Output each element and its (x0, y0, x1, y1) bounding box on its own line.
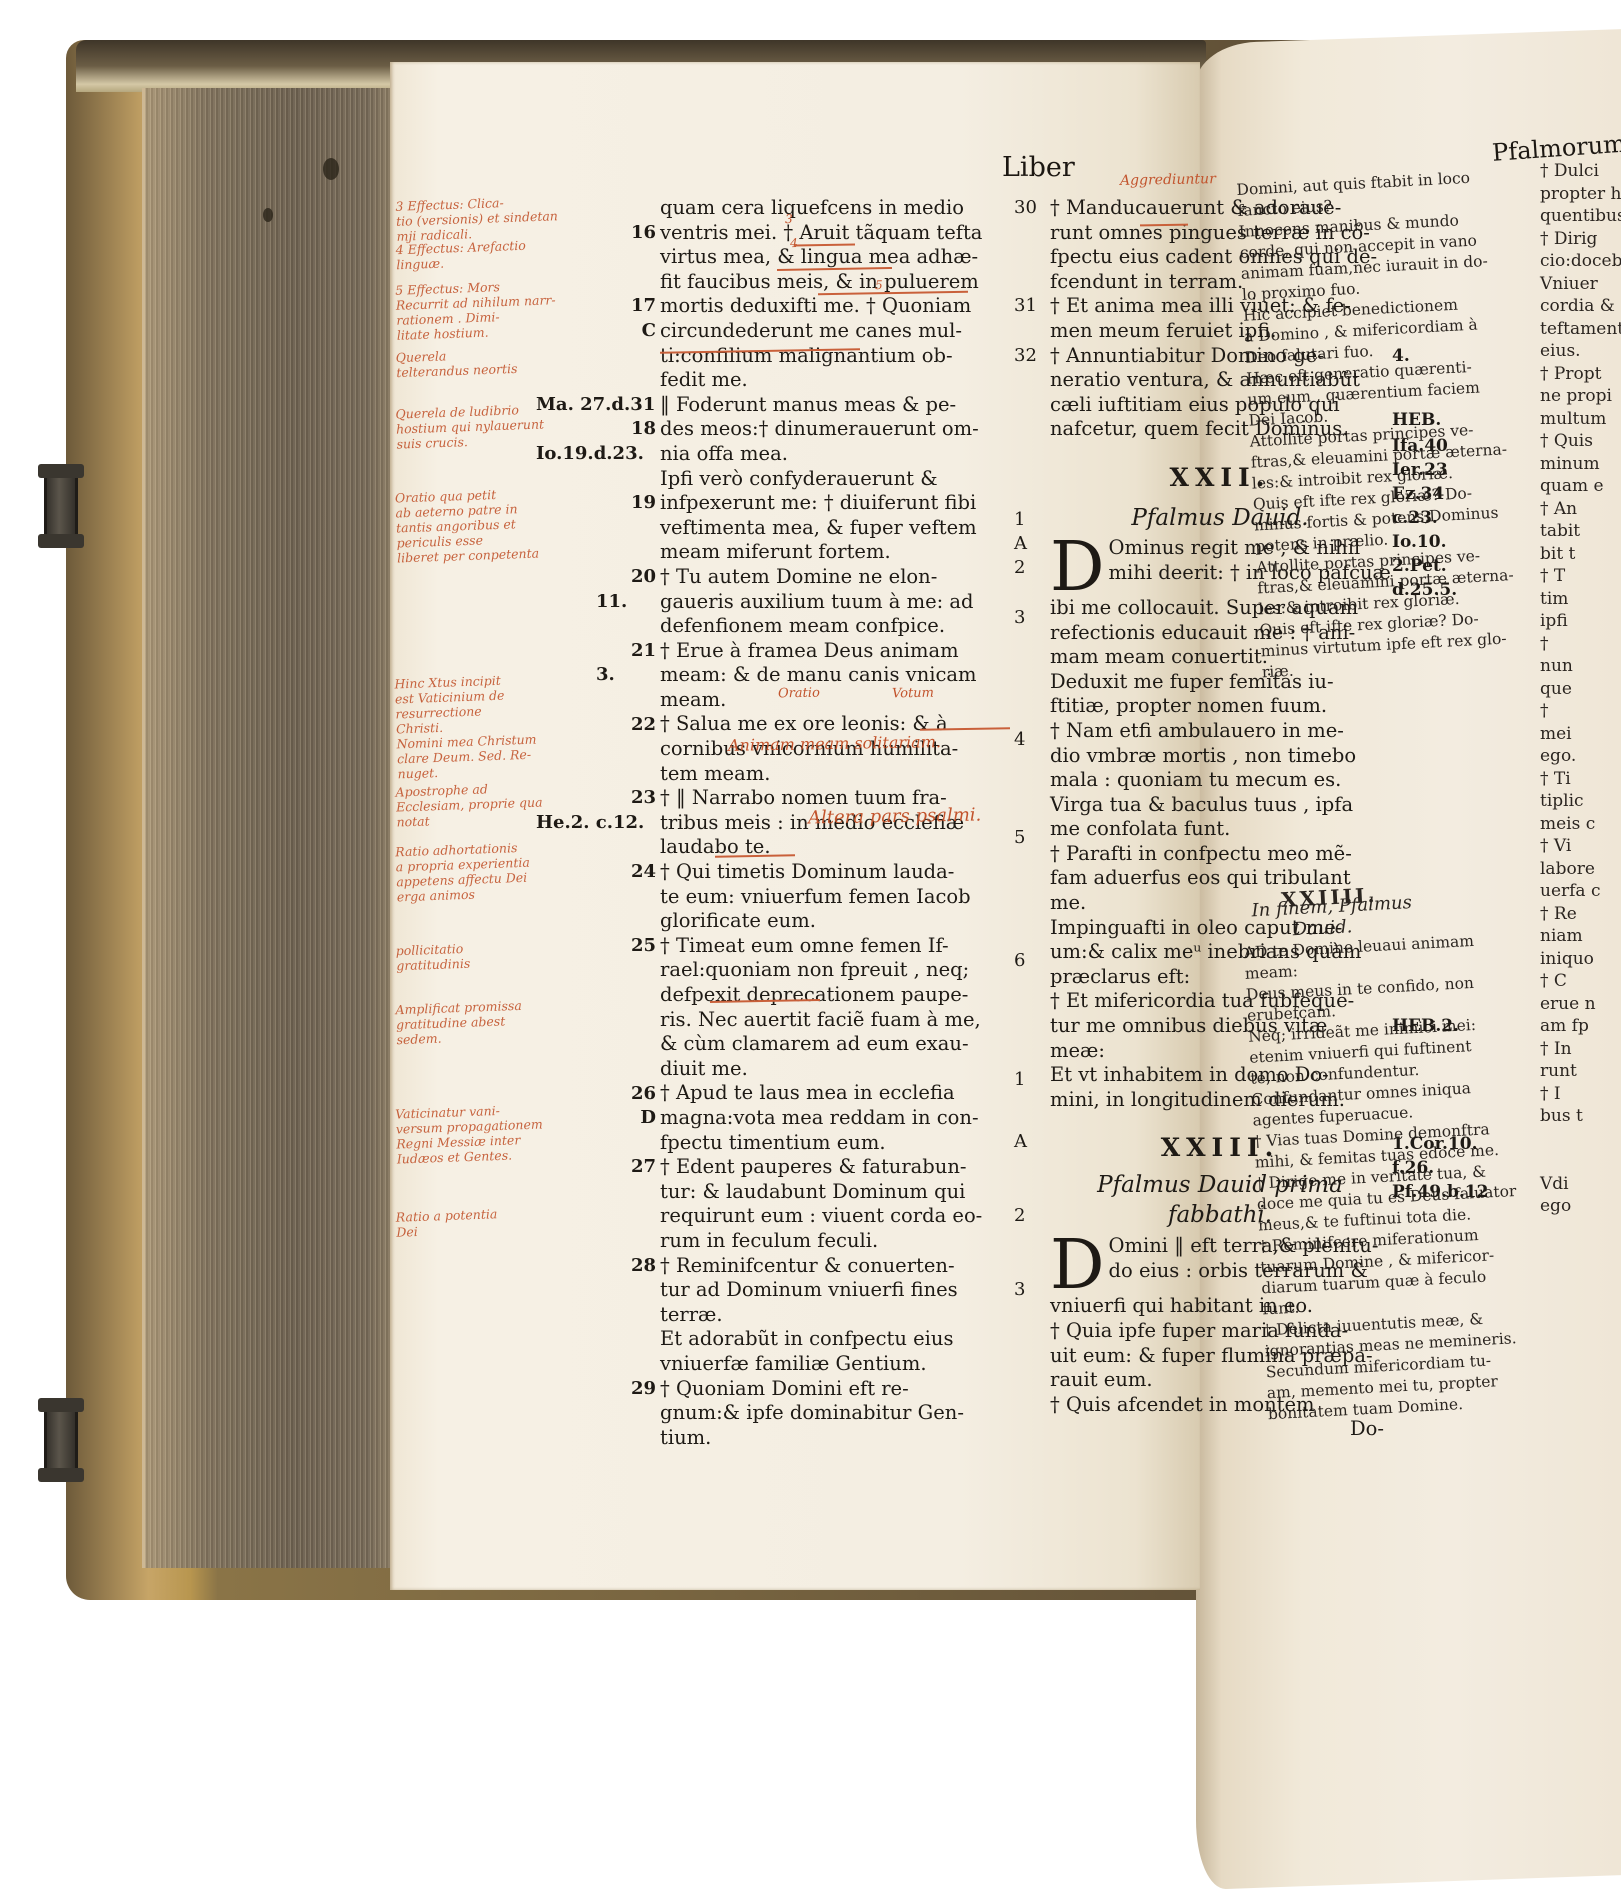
handwritten-annotation: Vaticinatur vani-versum propagationemReg… (395, 1101, 544, 1166)
text-line: tur: & laudabunt Dominum qui (660, 1180, 1010, 1205)
text-line: ibi me collocauit. Super aquam (1050, 596, 1390, 621)
text-line: † Dirig (1540, 228, 1621, 251)
catchword: Do- (1050, 1417, 1390, 1442)
text-line: † Manducauerunt & adoraue- (1050, 196, 1390, 221)
text-line: am fp (1540, 1015, 1621, 1038)
text-line: † In (1540, 1038, 1621, 1061)
text-line: quentibus (1540, 205, 1621, 228)
text-line: erue n (1540, 993, 1621, 1016)
handwritten-annotation: Oratio qua petitab aeterno patre intanti… (395, 486, 540, 566)
handwritten-annotation: Amplificat promissagratitudine abestsede… (395, 998, 523, 1047)
verse-number: 16 (631, 221, 656, 246)
text-line: mei (1540, 723, 1621, 746)
text-line: meæ: (1050, 1039, 1390, 1064)
clasp-lower (44, 1400, 78, 1480)
text-line: mam meam conuertit. (1050, 645, 1390, 670)
psalm-23-opening: D Omini ‖ eft terra,& plenitu- do eius :… (1050, 1234, 1390, 1294)
verse-number: 23 (631, 786, 656, 811)
handwritten-annotation: Querela de ludibriohostium qui nylauerun… (395, 401, 545, 451)
annotation-superscript: 3 (785, 212, 793, 226)
text-line: ftitiæ, propter nomen fuum. (1050, 694, 1390, 719)
text-line: † Propt (1540, 363, 1621, 386)
psalm-21-ending: † Manducauerunt & adoraue-runt omnes pin… (1050, 196, 1390, 442)
text-line: nia offa mea. (660, 442, 1010, 467)
verse-number: 18 (631, 417, 656, 442)
annotation-superscript: 5 (875, 278, 883, 292)
handwritten-annotation: 4 Effectus: Arefactiolinguæ. (396, 238, 527, 273)
text-line: teftament (1540, 318, 1621, 341)
text-line: refectionis educauit me : † ani- (1050, 621, 1390, 646)
text-line: men meum feruiet ipfi. (1050, 319, 1390, 344)
psalm-22-body: ibi me collocauit. Super aquamrefectioni… (1050, 596, 1390, 1112)
text-line: um:& calix meᵘ inebrians quàm (1050, 940, 1390, 965)
text-line: labore (1540, 858, 1621, 881)
text-line: † Quoniam Domini eft re- (660, 1377, 1010, 1402)
text-line: iniquo (1540, 948, 1621, 971)
text-line: que (1540, 678, 1621, 701)
text-line: minum (1540, 453, 1621, 476)
text-line: tabit (1540, 520, 1621, 543)
cross-reference: Ma. 27.d.31 (536, 393, 655, 418)
text-line: runt (1540, 1060, 1621, 1083)
text-line: † An (1540, 498, 1621, 521)
text-line: † (1540, 700, 1621, 723)
clasp-upper (44, 466, 78, 546)
verse-number: 20 (631, 565, 656, 590)
text-line: requirunt eum : viuent corda eo- (660, 1204, 1010, 1229)
psalm-22-opening: D Ominus regit me , & nihil mihi deerit:… (1050, 536, 1390, 596)
text-line: tium. (660, 1426, 1010, 1451)
cross-reference: 11. (596, 590, 627, 615)
verse-number: 22 (631, 713, 656, 738)
drop-cap: D (1050, 540, 1105, 596)
text-line: meam. (660, 688, 1010, 713)
psalm-23-title: Pfalmus Dauid prima (1050, 1170, 1390, 1200)
verse-number: 17 (631, 294, 656, 319)
text-line: vniuerfi qui habitant in eo. (1050, 1294, 1390, 1319)
text-line: meam: & de manu canis vnicam (660, 663, 1010, 688)
text-line: fpectu timentium eum. (660, 1131, 1010, 1156)
text-line: me. (1050, 891, 1390, 916)
text-line: neratio ventura, & annuntiabũt (1050, 368, 1390, 393)
verse-number: 28 (631, 1254, 656, 1279)
text-line: Impinguafti in oleo caput me- (1050, 916, 1390, 941)
text-line: † Timeat eum omne femen If- (660, 934, 1010, 959)
text-line: gnum:& ipfe dominabitur Gen- (660, 1401, 1010, 1426)
text-line: uerfa c (1540, 880, 1621, 903)
text-line: ti:confilium malignantium ob- (660, 344, 1010, 369)
psalm-23-number: XXIII. (1050, 1126, 1390, 1170)
text-block-fore-edge (142, 88, 393, 1568)
annotation-superscript: 4 (790, 236, 798, 250)
text-line: † Apud te laus mea in ecclefia (660, 1081, 1010, 1106)
text-line: † (1540, 633, 1621, 656)
text-line: nun (1540, 655, 1621, 678)
text-line: eius. (1540, 340, 1621, 363)
text-line: gaueris auxilium tuum à me: ad (660, 590, 1010, 615)
text-line: terræ. (660, 1303, 1010, 1328)
handwritten-annotation: Apostrophe adEcclesiam, proprie quanotat (395, 779, 543, 829)
text-line: Virga tua & baculus tuus , ipfa (1050, 793, 1390, 818)
verse-number: 25 (631, 934, 656, 959)
text-line: cordia & (1540, 295, 1621, 318)
cross-reference: 3. (596, 663, 615, 688)
text-line: † Qui timetis Dominum lauda- (660, 860, 1010, 885)
text-line: fpectu eius cadent omnes qui de- (1050, 245, 1390, 270)
text-line: tur ad Dominum vniuerfi fines (660, 1278, 1010, 1303)
text-line: cio:doceb (1540, 250, 1621, 273)
drop-cap: D (1050, 1238, 1105, 1294)
text-line: † Quis (1540, 430, 1621, 453)
text-line: † Quia ipfe fuper maria funda- (1050, 1319, 1390, 1344)
text-line: defpexit deprecationem paupe- (660, 983, 1010, 1008)
text-line: magna:vota mea reddam in con- (660, 1106, 1010, 1131)
text-line: propter h (1540, 183, 1621, 206)
ink-stain (323, 158, 339, 180)
text-line: mortis deduxifti me. † Quoniam (660, 294, 1010, 319)
text-line: † Vi (1540, 835, 1621, 858)
verse-number: C (642, 319, 656, 344)
text-line: † Dulci (1540, 160, 1621, 183)
text-line: circundederunt me canes mul- (660, 319, 1010, 344)
text-line: glorificate eum. (660, 909, 1010, 934)
text-line: defenfionem meam confpice. (660, 614, 1010, 639)
annotation-inline: Altera pars psalmi. (808, 804, 982, 828)
text-line: ‖ Foderunt manus meas & pe- (660, 393, 1010, 418)
text-line: Et vt inhabitem in domo Do- (1050, 1063, 1390, 1088)
text-line: ventris mei. † Aruit tãquam tefta (660, 221, 1010, 246)
handwritten-annotation: 3 Effectus: Clica-tio (versionis) et sin… (395, 193, 558, 244)
psalm-22-number: XXII. (1050, 456, 1390, 500)
text-line: † Erue à framea Deus animam (660, 639, 1010, 664)
left-column-2: † Manducauerunt & adoraue-runt omnes pin… (1050, 196, 1390, 1442)
cross-reference: He.2. c.12. (536, 811, 644, 836)
text-line: runt omnes pingues terræ in cõ- (1050, 221, 1390, 246)
text-line: Vniuer (1540, 273, 1621, 296)
text-line: † Quis afcendet in montem (1050, 1393, 1390, 1418)
text-line: quam cera liquefcens in medio (660, 196, 1010, 221)
text-line: † Edent pauperes & faturabun- (660, 1155, 1010, 1180)
text-line: mini, in longitudinem dierum. (1050, 1088, 1390, 1113)
text-line: ris. Nec auertit faciẽ fuam à me, (660, 1008, 1010, 1033)
text-line: ne propi (1540, 385, 1621, 408)
text-line: † C (1540, 970, 1621, 993)
text-line: fam aduerfus eos qui tribulant (1050, 866, 1390, 891)
text-line: fedit me. (660, 368, 1010, 393)
right-page-column-2: † Dulcipropter hquentibus† Dirigcio:doce… (1540, 160, 1621, 1218)
text-line: præclarus eft: (1050, 965, 1390, 990)
text-line: me confolata funt. (1050, 817, 1390, 842)
running-head-left: Liber (1002, 152, 1075, 183)
text-line: Vdi (1540, 1173, 1621, 1196)
verse-number: 26 (631, 1082, 656, 1107)
text-line: † Et anima mea illi viuet: & fe- (1050, 294, 1390, 319)
text-line (1540, 1150, 1621, 1173)
text-line: † Nam etfi ambulauero in me- (1050, 719, 1390, 744)
text-line: des meos:† dinumerauerunt om- (660, 417, 1010, 442)
text-line: † I (1540, 1083, 1621, 1106)
text-line: meis c (1540, 813, 1621, 836)
text-line: rum in feculum feculi. (660, 1229, 1010, 1254)
text-line: tim (1540, 588, 1621, 611)
text-line: infpexerunt me: † diuiferunt fibi (660, 491, 1010, 516)
verse-number: 21 (631, 639, 656, 664)
verse-number: D (640, 1106, 656, 1131)
text-line: Et adorabũt in confpectu eius (660, 1327, 1010, 1352)
text-line: Ipfi verò confyderauerunt & (660, 467, 1010, 492)
handwritten-annotation: Ratio adhortationisa propria experientia… (395, 840, 531, 905)
text-line: quam e (1540, 475, 1621, 498)
text-line: dio vmbræ mortis , non timebo (1050, 744, 1390, 769)
text-line: † T (1540, 565, 1621, 588)
text-line: cæli iuftitiam eius populo qui (1050, 393, 1390, 418)
text-line: multum (1540, 408, 1621, 431)
text-line: ipfi (1540, 610, 1621, 633)
handwritten-annotation: Querelatelterandus neortis (396, 346, 518, 380)
text-line: & cùm clamarem ad eum exau- (660, 1032, 1010, 1057)
verse-number: 19 (631, 491, 656, 516)
text-line: uit eum: & fuper flumina præpa- (1050, 1344, 1390, 1369)
text-line: veftimenta mea, & fuper veftem (660, 516, 1010, 541)
verse-number: 27 (631, 1155, 656, 1180)
text-line: meam miferunt fortem. (660, 540, 1010, 565)
annotation-inline: Aggrediuntur (1120, 171, 1216, 189)
text-line: † Tu autem Domine ne elon- (660, 565, 1010, 590)
text-line: Deduxit me fuper femitas iu- (1050, 670, 1390, 695)
annotation-inline: Votum (892, 686, 934, 702)
text-line: † Parafti in confpectu meo mẽ- (1050, 842, 1390, 867)
text-line: rauit eum. (1050, 1368, 1390, 1393)
text-line: bit t (1540, 543, 1621, 566)
text-line: † Re (1540, 903, 1621, 926)
text-line: niam (1540, 925, 1621, 948)
text-line: virtus mea, & lingua mea adhæ- (660, 245, 1010, 270)
text-line: † Et mifericordia tua fubfeque- (1050, 989, 1390, 1014)
text-line: † Annuntiabitur Domino ge- (1050, 344, 1390, 369)
handwritten-annotation: Hinc Xtus incipitest Vaticinium deresurr… (394, 672, 538, 782)
ink-stain (263, 208, 273, 222)
text-line: rael:quoniam non fpreuit , neq; (660, 958, 1010, 983)
text-line: bus t (1540, 1105, 1621, 1128)
text-line: fcendunt in terram. (1050, 270, 1390, 295)
text-line: tur me omnibus diebus vitæ (1050, 1014, 1390, 1039)
text-line (1540, 1128, 1621, 1151)
psalm-23-body: vniuerfi qui habitant in eo.† Quia ipfe … (1050, 1294, 1390, 1417)
handwritten-annotation: 5 Effectus: MorsRecurrit ad nihilum narr… (395, 277, 557, 343)
text-line: laudabo te. (660, 835, 1010, 860)
handwritten-annotation: pollicitatiogratitudinis (395, 941, 470, 974)
handwritten-annotation: Ratio a potentiaDei (396, 1206, 499, 1240)
cross-reference: Io.19.d.23. (536, 442, 644, 467)
text-line: tem meam. (660, 762, 1010, 787)
text-line: vniuerfæ familiæ Gentium. (660, 1352, 1010, 1377)
text-line: † Reminifcentur & conuerten- (660, 1254, 1010, 1279)
text-line: † Ti (1540, 768, 1621, 791)
text-line: te eum: vniuerfum femen Iacob (660, 885, 1010, 910)
text-line: tiplic (1540, 790, 1621, 813)
text-line: mala : quoniam tu mecum es. (1050, 768, 1390, 793)
text-line: ego (1540, 1195, 1621, 1218)
verse-number: 29 (631, 1377, 656, 1402)
text-line: diuit me. (660, 1057, 1010, 1082)
annotation-inline: Animam meam solitariam. (728, 732, 941, 755)
text-line: nafcetur, quem fecit Dominus. (1050, 417, 1390, 442)
text-line: ego. (1540, 745, 1621, 768)
verse-number: 24 (631, 860, 656, 885)
annotation-inline: Oratio (778, 686, 820, 702)
